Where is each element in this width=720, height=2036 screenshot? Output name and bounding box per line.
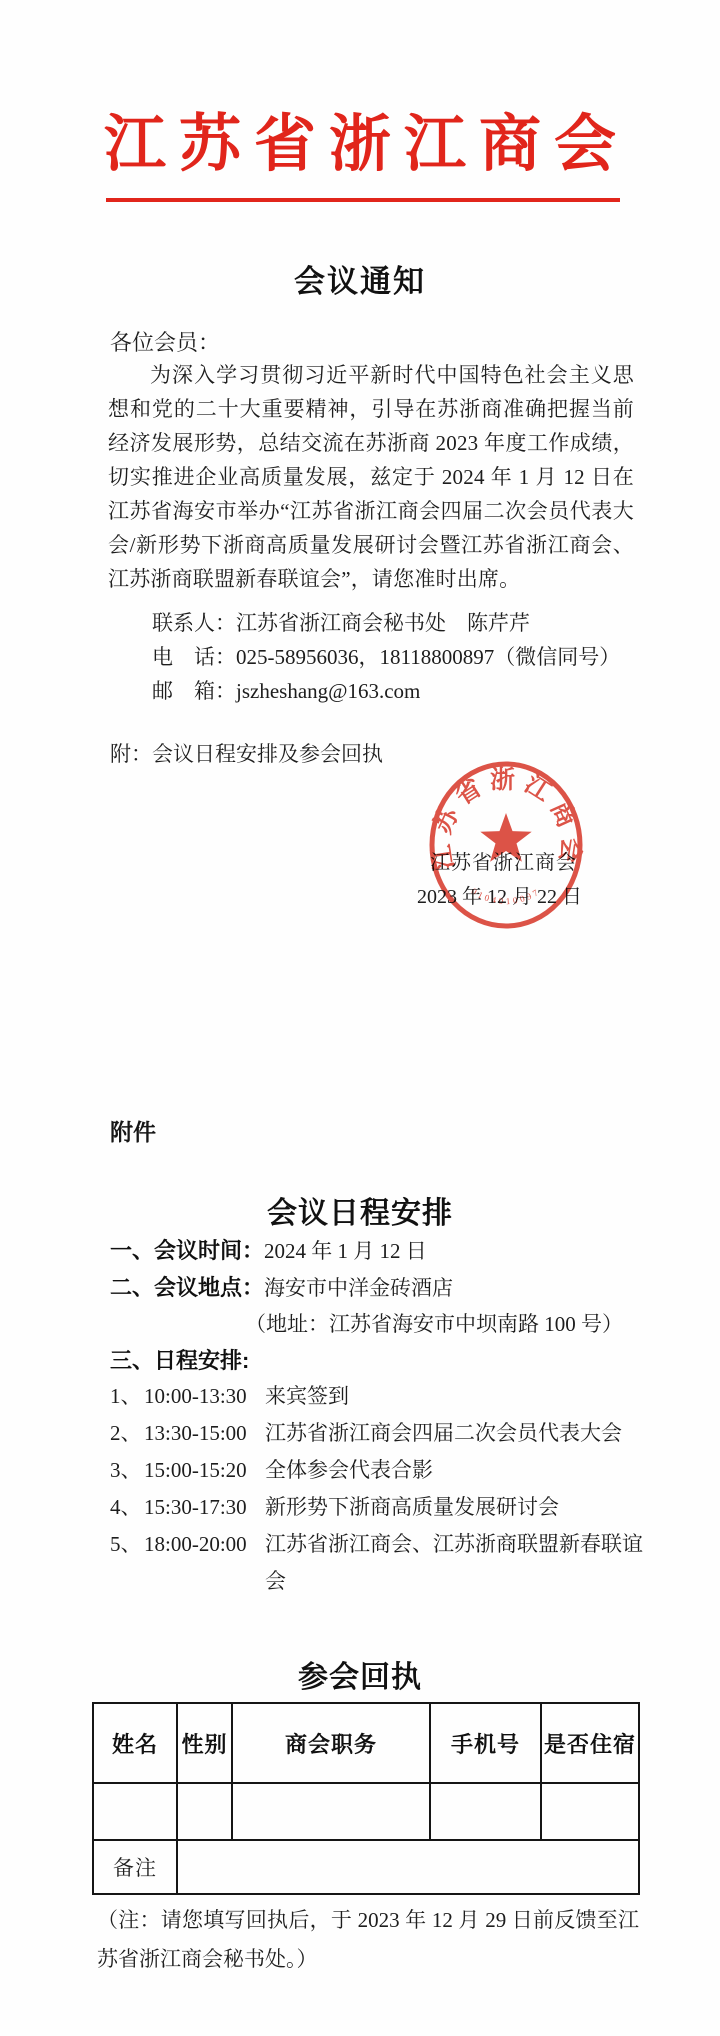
- contact-person-line: 联系人：江苏省浙江商会秘书处 陈芹芹: [152, 606, 620, 640]
- schedule-item-no: 1、: [110, 1378, 144, 1415]
- meeting-time-row: 一、会议时间：2024 年 1 月 12 日: [110, 1234, 427, 1265]
- meeting-address-row: （地址：江苏省海安市中坝南路 100 号）: [245, 1308, 623, 1338]
- table-input-cell-mobile: [431, 1784, 542, 1841]
- schedule-item-time: 15:30-17:30: [144, 1489, 265, 1526]
- schedule-item-event: 全体参会代表合影: [265, 1452, 645, 1489]
- table-header-gender: 性别: [178, 1704, 233, 1784]
- schedule-item-event: 来宾签到: [265, 1378, 645, 1415]
- schedule-item-time: 10:00-13:30: [144, 1378, 265, 1415]
- table-input-cell-gender: [178, 1784, 233, 1841]
- schedule-item: 2、13:30-15:00江苏省浙江商会四届二次会员代表大会: [110, 1415, 640, 1452]
- schedule-item: 1、10:00-13:30来宾签到: [110, 1378, 640, 1415]
- meeting-place-value: 海安市中洋金砖酒店: [264, 1276, 453, 1300]
- schedule-item: 4、15:30-17:30新形势下浙商高质量发展研讨会: [110, 1489, 640, 1526]
- contact-person-label: 联系人：: [152, 611, 236, 635]
- table-header-name: 姓名: [94, 1704, 178, 1784]
- table-remark-input-cell: [178, 1841, 640, 1895]
- meeting-time-value: 2024 年 1 月 12 日: [264, 1239, 427, 1263]
- contact-phone-value: 025-58956036，18118800897（微信同号）: [236, 645, 620, 669]
- attachment-reference: 附：会议日程安排及参会回执: [110, 738, 383, 768]
- meeting-place-label: 二、会议地点：: [110, 1275, 264, 1300]
- appendix-label: 附件: [110, 1114, 156, 1147]
- contact-person-value: 江苏省浙江商会秘书处 陈芹芹: [236, 611, 530, 635]
- meeting-place-row: 二、会议地点：海安市中洋金砖酒店: [110, 1271, 453, 1302]
- schedule-heading-row: 三、日程安排:: [110, 1344, 249, 1375]
- meeting-time-label: 一、会议时间：: [110, 1238, 264, 1263]
- schedule-item-event: 新形势下浙商高质量发展研讨会: [265, 1489, 645, 1526]
- schedule-item-event: 江苏省浙江商会、江苏浙商联盟新春联谊会: [265, 1526, 645, 1600]
- schedule-heading-label: 三、日程安排:: [110, 1348, 249, 1373]
- meeting-address-value: （地址：江苏省海安市中坝南路 100 号）: [245, 1312, 623, 1336]
- salutation: 各位会员：: [110, 326, 220, 357]
- table-header-lodging: 是否住宿: [542, 1704, 640, 1784]
- document-page: 江苏省浙江商会 会议通知 各位会员： 为深入学习贯彻习近平新时代中国特色社会主义…: [0, 0, 720, 2036]
- star-icon: [480, 813, 531, 862]
- contact-email-line: 邮 箱：jszheshang@163.com: [152, 674, 620, 708]
- table-remark-label: 备注: [94, 1841, 178, 1895]
- schedule-item-no: 3、: [110, 1452, 144, 1489]
- contact-phone-label: 电 话：: [152, 645, 236, 669]
- schedule-item-no: 5、: [110, 1526, 144, 1600]
- schedule-item-event: 江苏省浙江商会四届二次会员代表大会: [265, 1415, 645, 1452]
- reply-form-title: 参会回执: [0, 1652, 720, 1696]
- org-letterhead-title: 江苏省浙江商会: [0, 94, 720, 183]
- table-input-cell-lodging: [542, 1784, 640, 1841]
- table-input-cell-name: [94, 1784, 178, 1841]
- schedule-item-no: 2、: [110, 1415, 144, 1452]
- table-input-cell-position: [233, 1784, 431, 1841]
- contact-email-label: 邮 箱：: [152, 679, 236, 703]
- notice-title: 会议通知: [0, 256, 720, 301]
- official-seal: 江苏省浙江商会 0104010097: [424, 760, 588, 934]
- seal-serial-number: 0104010097: [470, 886, 543, 906]
- schedule-item-no: 4、: [110, 1489, 144, 1526]
- schedule-item-time: 18:00-20:00: [144, 1526, 265, 1600]
- contact-email-value: jszheshang@163.com: [236, 679, 420, 703]
- letterhead-divider: [106, 198, 620, 202]
- table-header-mobile: 手机号: [431, 1704, 542, 1784]
- appendix-title: 会议日程安排: [0, 1188, 720, 1232]
- reply-form-table: 姓名 性别 商会职务 手机号 是否住宿 备注: [92, 1702, 640, 1895]
- schedule-item-time: 15:00-15:20: [144, 1452, 265, 1489]
- notice-body-paragraph: 为深入学习贯彻习近平新时代中国特色社会主义思想和党的二十大重要精神，引导在苏浙商…: [108, 358, 634, 596]
- schedule-item-time: 13:30-15:00: [144, 1415, 265, 1452]
- table-header-position: 商会职务: [233, 1704, 431, 1784]
- schedule-item: 3、15:00-15:20全体参会代表合影: [110, 1452, 640, 1489]
- reply-deadline-note: （注：请您填写回执后，于 2023 年 12 月 29 日前反馈至江苏省浙江商会…: [97, 1901, 639, 1979]
- schedule-item: 5、18:00-20:00江苏省浙江商会、江苏浙商联盟新春联谊会: [110, 1526, 640, 1600]
- contact-phone-line: 电 话：025-58956036，18118800897（微信同号）: [152, 640, 620, 674]
- contact-block: 联系人：江苏省浙江商会秘书处 陈芹芹 电 话：025-58956036，1811…: [152, 606, 620, 708]
- schedule-list: 1、10:00-13:30来宾签到 2、13:30-15:00江苏省浙江商会四届…: [110, 1378, 640, 1600]
